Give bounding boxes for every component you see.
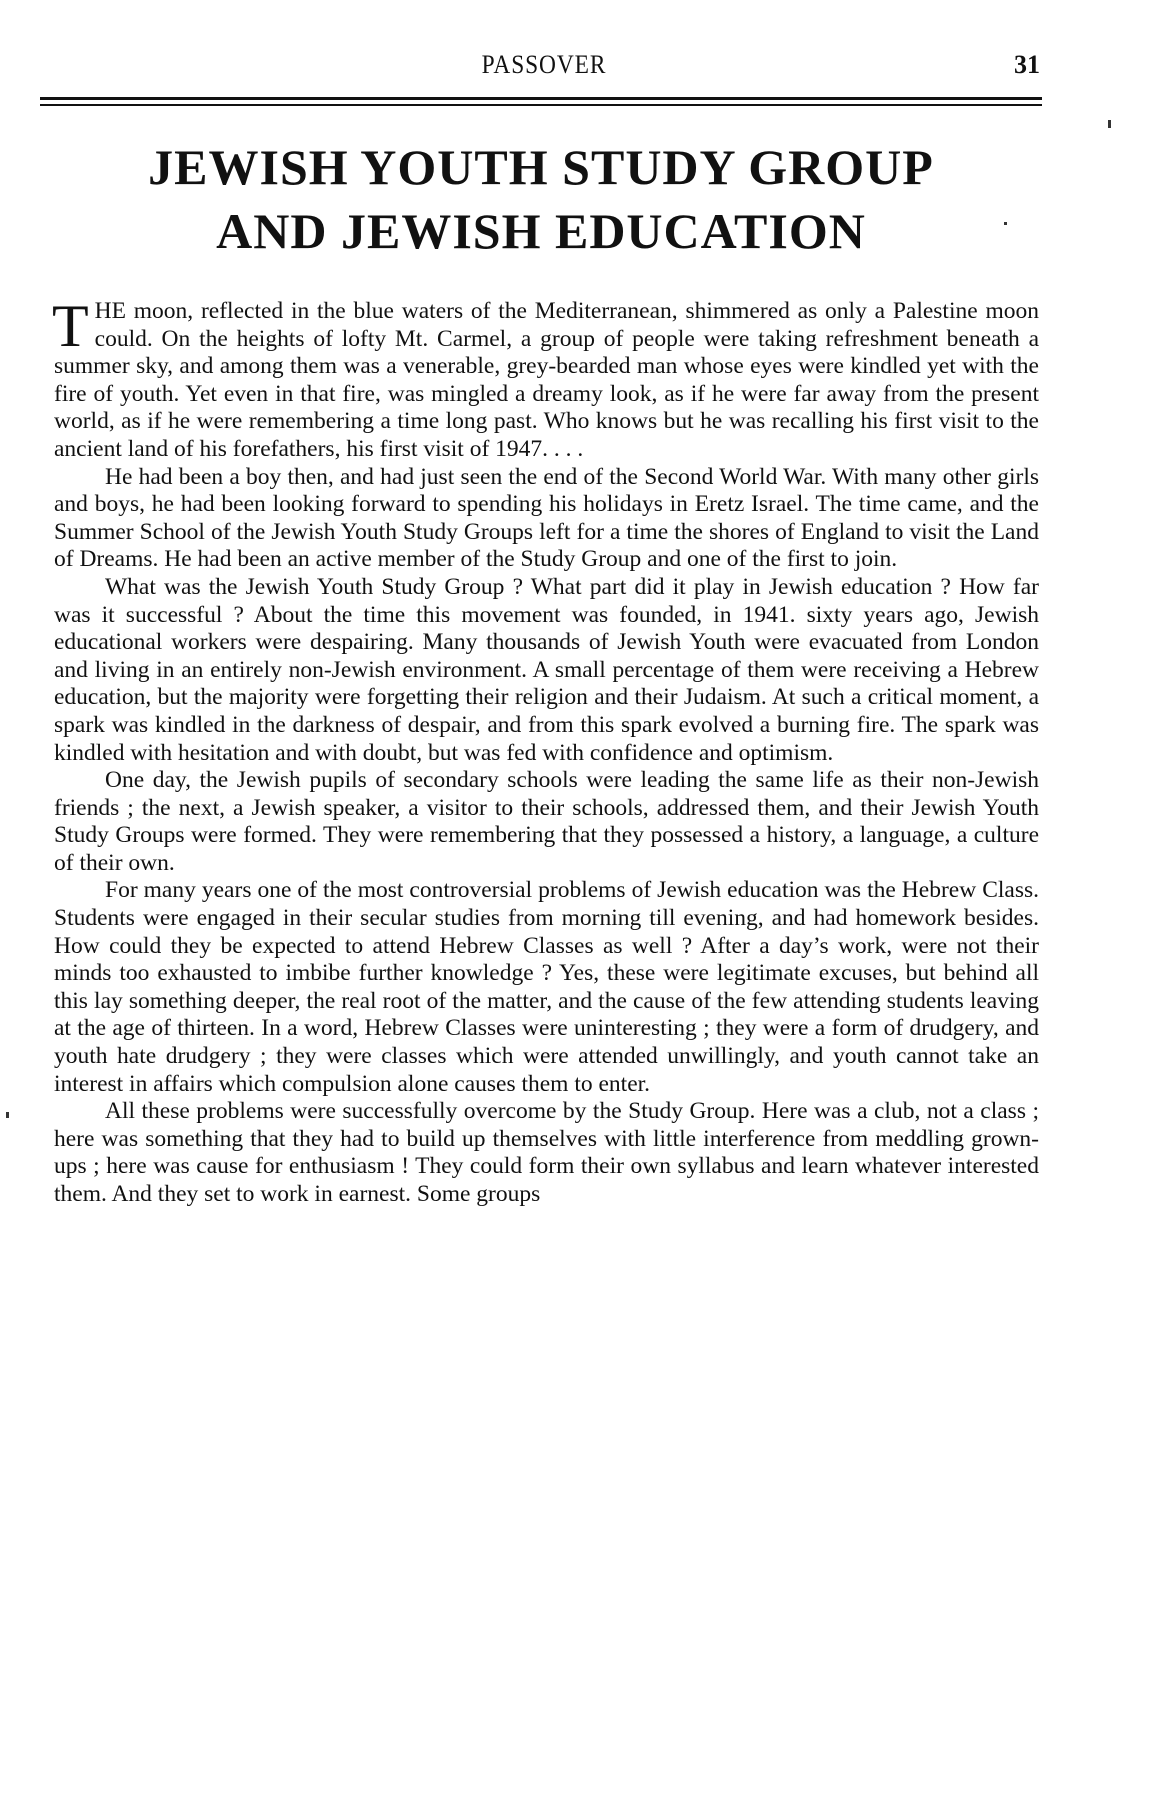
margin-speck <box>1108 120 1111 128</box>
article-title-line: AND JEWISH EDUCATION <box>40 199 1042 263</box>
paragraph-text: HE moon, reflected in the blue waters of… <box>54 298 1039 462</box>
margin-speck <box>6 1112 9 1118</box>
article-body: THE moon, reflected in the blue waters o… <box>54 298 1039 1209</box>
paragraph: One day, the Jewish pupils of secondary … <box>54 767 1039 877</box>
book-page: PASSOVER 31 JEWISH YOUTH STUDY GROUP AND… <box>0 0 1156 1802</box>
running-head: PASSOVER 31 <box>48 50 1040 90</box>
paragraph: All these problems were successfully ove… <box>54 1098 1039 1208</box>
paragraph: For many years one of the most controver… <box>54 877 1039 1098</box>
article-title-line: JEWISH YOUTH STUDY GROUP <box>40 135 1042 199</box>
article-title: JEWISH YOUTH STUDY GROUP AND JEWISH EDUC… <box>40 135 1042 263</box>
page-number: 31 <box>1014 50 1040 80</box>
paragraph: THE moon, reflected in the blue waters o… <box>54 298 1039 464</box>
header-rule-thick <box>40 97 1042 100</box>
paragraph: What was the Jewish Youth Study Group ? … <box>54 574 1039 767</box>
paragraph: He had been a boy then, and had just see… <box>54 464 1039 574</box>
header-rule-thin <box>40 104 1042 106</box>
running-title: PASSOVER <box>98 50 991 80</box>
drop-cap: T <box>52 302 89 350</box>
